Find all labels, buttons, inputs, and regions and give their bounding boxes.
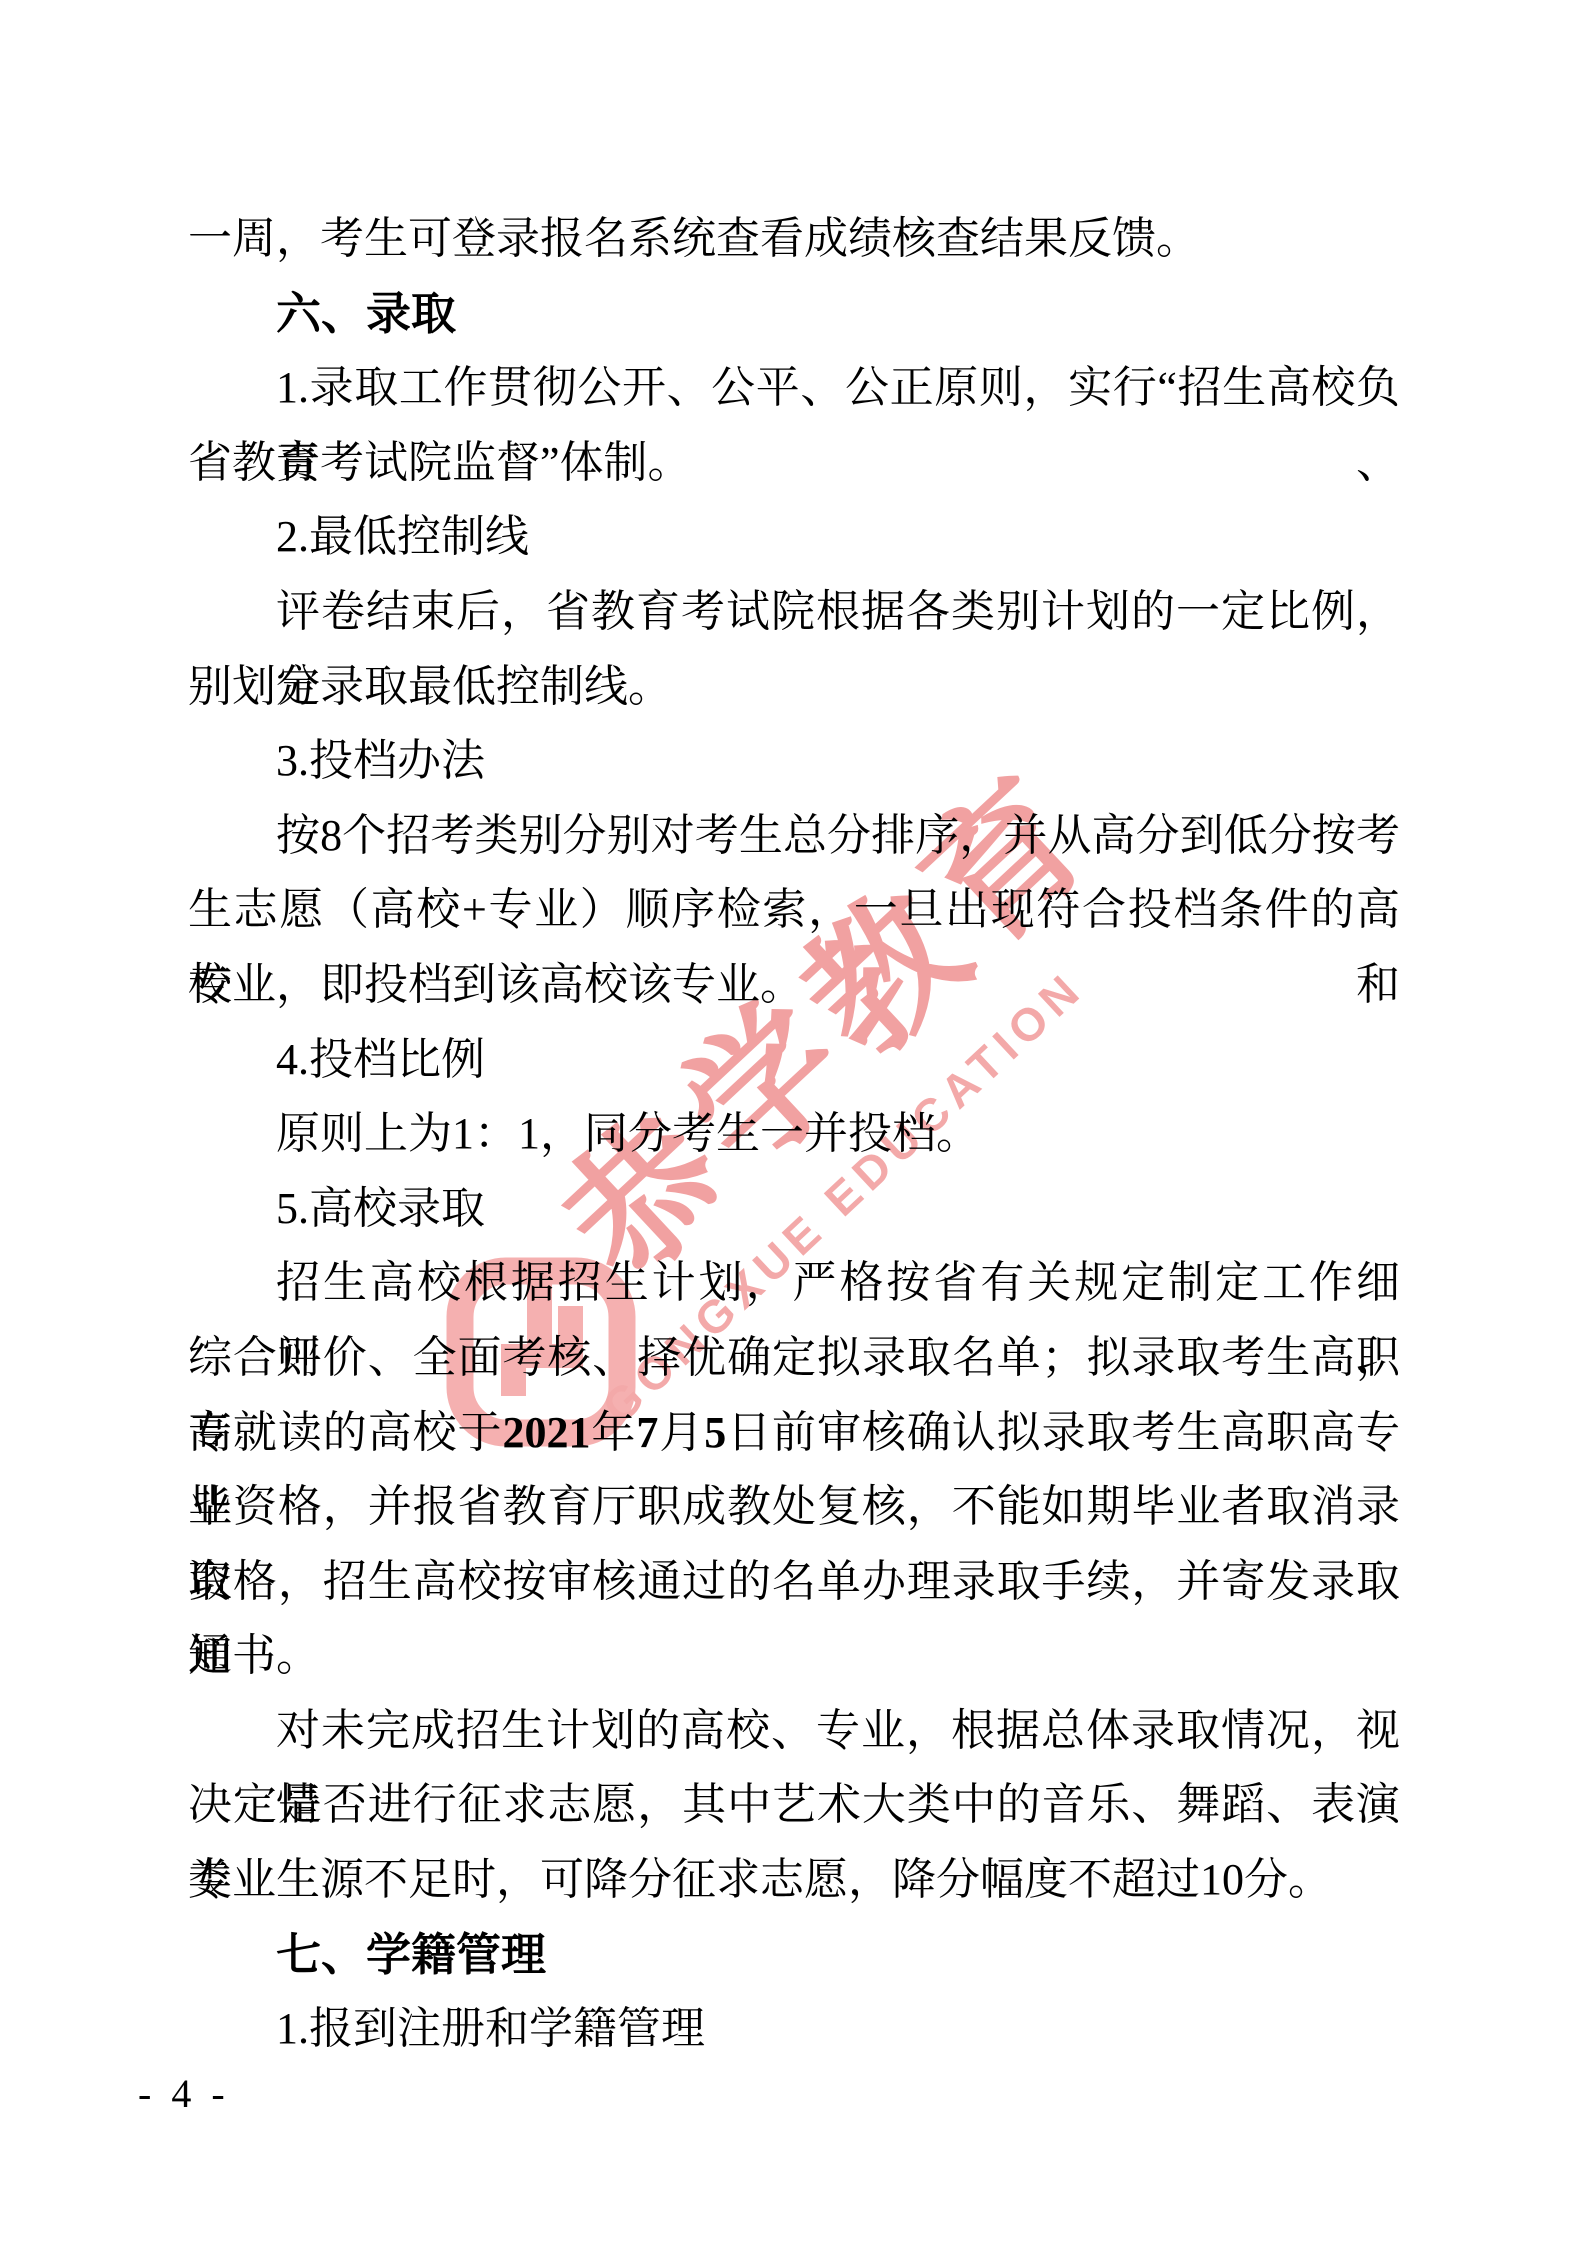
page-number: - 4 - bbox=[138, 2070, 230, 2117]
text-line: 专业生源不足时，可降分征求志愿，降分幅度不超过10分。 bbox=[188, 1843, 1400, 1918]
text-line: 决定是否进行征求志愿，其中艺术大类中的音乐、舞蹈、表演类 bbox=[188, 1768, 1400, 1843]
text-line: 生志愿（高校+专业）顺序检索，一旦出现符合投档条件的高校和 bbox=[188, 873, 1400, 948]
text-line: 知书。 bbox=[188, 1619, 1400, 1694]
text-line: 5.高校录取 bbox=[188, 1172, 1400, 1247]
text-line: 对未完成招生计划的高校、专业，根据总体录取情况，视情 bbox=[188, 1694, 1400, 1769]
text-line: 别划定录取最低控制线。 bbox=[188, 650, 1400, 725]
text-line: 综合评价、全面考核、择优确定拟录取名单；拟录取考生高职高 bbox=[188, 1321, 1400, 1396]
text-line: 资格，招生高校按审核通过的名单办理录取手续，并寄发录取通 bbox=[188, 1545, 1400, 1620]
text-line: 招生高校根据招生计划，严格按省有关规定制定工作细则， bbox=[188, 1246, 1400, 1321]
text-line: 专就读的高校于2021年7月5日前审核确认拟录取考生高职高专毕 bbox=[188, 1396, 1400, 1471]
text-line: 1.录取工作贯彻公开、公平、公正原则，实行“招生高校负责、 bbox=[188, 351, 1400, 426]
text-line: 原则上为1：1，同分考生一并投档。 bbox=[188, 1097, 1400, 1172]
document-page: 恭学教育 GONGXUE EDUCATION 一周，考生可登录报名系统查看成绩核… bbox=[0, 0, 1587, 2245]
section-heading: 七、学籍管理 bbox=[188, 1918, 1400, 1993]
text-line: 1.报到注册和学籍管理 bbox=[188, 1992, 1400, 2067]
section-heading: 六、录取 bbox=[188, 277, 1400, 352]
document-lines: 一周，考生可登录报名系统查看成绩核查结果反馈。六、录取1.录取工作贯彻公开、公平… bbox=[188, 202, 1400, 2067]
text-line: 业资格，并报省教育厅职成教处复核，不能如期毕业者取消录取 bbox=[188, 1470, 1400, 1545]
text-line: 一周，考生可登录报名系统查看成绩核查结果反馈。 bbox=[188, 202, 1400, 277]
text-line: 按8个招考类别分别对考生总分排序，并从高分到低分按考 bbox=[188, 799, 1400, 874]
text-line: 4.投档比例 bbox=[188, 1023, 1400, 1098]
text-line: 评卷结束后，省教育考试院根据各类别计划的一定比例，分 bbox=[188, 575, 1400, 650]
text-line: 2.最低控制线 bbox=[188, 500, 1400, 575]
text-line: 3.投档办法 bbox=[188, 724, 1400, 799]
